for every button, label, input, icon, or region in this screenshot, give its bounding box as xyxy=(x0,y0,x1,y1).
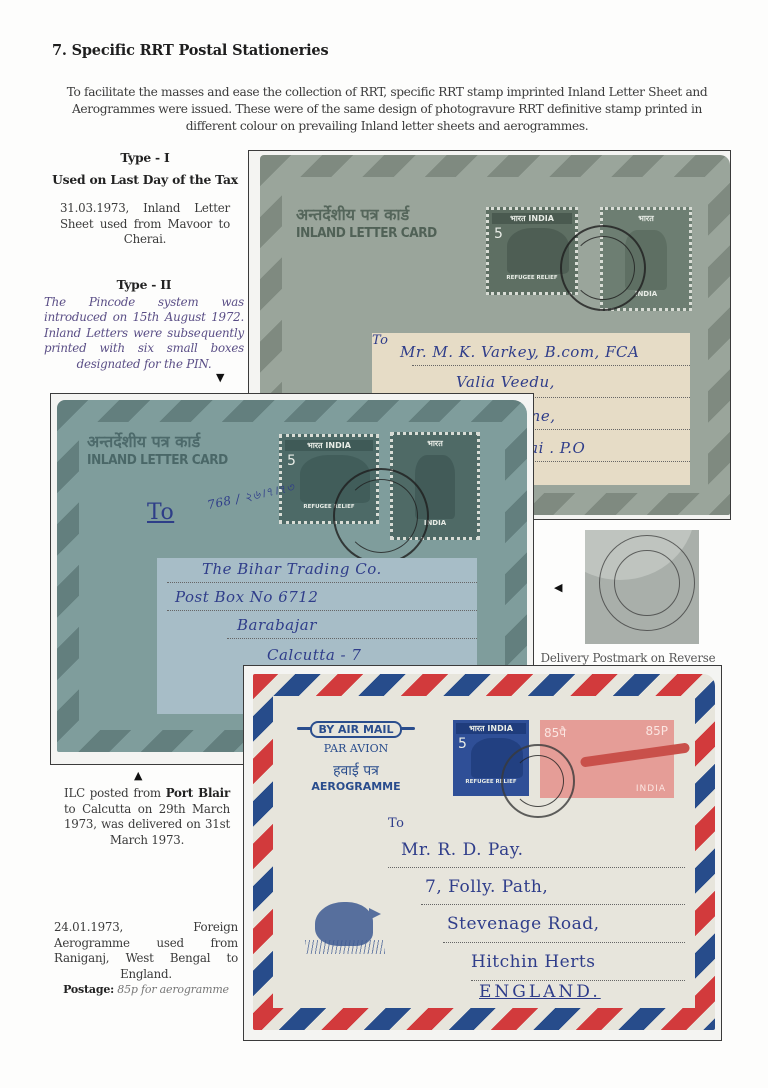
ilc-title-hindi: अन्तर्देशीय पत्र कार्ड xyxy=(87,430,200,452)
address-line-3: Barabajar xyxy=(237,616,317,634)
type-2-text: The Pincode system was introduced on 15t… xyxy=(44,295,244,373)
intro-paragraph: To facilitate the masses and ease the co… xyxy=(52,84,722,135)
aerogramme-text: 24.01.1973, Foreign Aerogramme used from… xyxy=(54,920,238,982)
port-blair-text: ILC posted from Port Blair to Calcutta o… xyxy=(64,786,230,848)
ilc-title-english: INLAND LETTER CARD xyxy=(296,225,437,241)
arrow-down-icon: ▼ xyxy=(216,372,224,383)
type-2-heading: Type - II xyxy=(44,277,244,293)
address-line-2: Valia Veedu, xyxy=(456,373,555,391)
address-line-2: 7, Folly. Path, xyxy=(425,877,548,897)
address-line-3: Stevenage Road, xyxy=(447,914,600,934)
address-to: To xyxy=(372,333,389,348)
ilc-title-english: INLAND LETTER CARD xyxy=(87,452,228,468)
postmark-port-blair xyxy=(333,468,429,564)
address-line-1: Mr. M. K. Varkey, B.com, FCA xyxy=(400,343,639,361)
type-1-text: 31.03.1973, Inland Letter Sheet used fro… xyxy=(52,201,238,248)
grass-decoration xyxy=(305,940,385,954)
address-line-4: Hitchin Herts xyxy=(471,952,595,972)
address-line-1: Mr. R. D. Pay. xyxy=(401,840,523,860)
delivery-postmark-image xyxy=(585,530,699,644)
caption-aerogramme: 24.01.1973, Foreign Aerogramme used from… xyxy=(54,920,238,998)
postage-line: Postage: 85p for aerogramme xyxy=(54,982,238,998)
caption-type-2: Type - II The Pincode system was introdu… xyxy=(44,277,244,372)
address-to: To xyxy=(388,816,405,831)
type-1-subheading: Used on Last Day of the Tax xyxy=(52,172,238,188)
arrow-up-icon: ▲ xyxy=(134,770,142,781)
address-line-4: Calcutta - 7 xyxy=(267,646,361,664)
arrow-left-icon: ◀ xyxy=(554,582,562,593)
ilc-title-hindi: अन्तर्देशीय पत्र कार्ड xyxy=(296,203,409,225)
airplane-icon: BY AIR MAIL xyxy=(297,718,415,738)
caption-port-blair: ILC posted from Port Blair to Calcutta o… xyxy=(64,786,230,848)
caption-type-1: Type - I Used on Last Day of the Tax 31.… xyxy=(52,150,238,248)
type-1-heading: Type - I xyxy=(52,150,238,166)
postmark-mavoor xyxy=(560,225,646,311)
section-title: 7. Specific RRT Postal Stationeries xyxy=(52,42,328,59)
address-line-1: The Bihar Trading Co. xyxy=(202,560,382,578)
aerogramme: BY AIR MAIL PAR AVION हवाई पत्र AEROGRAM… xyxy=(253,674,715,1030)
postmark-raniganj xyxy=(501,744,575,818)
to-label: To xyxy=(147,500,174,525)
airmail-emblem: BY AIR MAIL PAR AVION हवाई पत्र AEROGRAM… xyxy=(297,718,415,793)
address-line-5: ENGLAND. xyxy=(479,982,601,1002)
airplane-icon xyxy=(580,742,690,767)
address-line-2: Post Box No 6712 xyxy=(175,588,318,606)
